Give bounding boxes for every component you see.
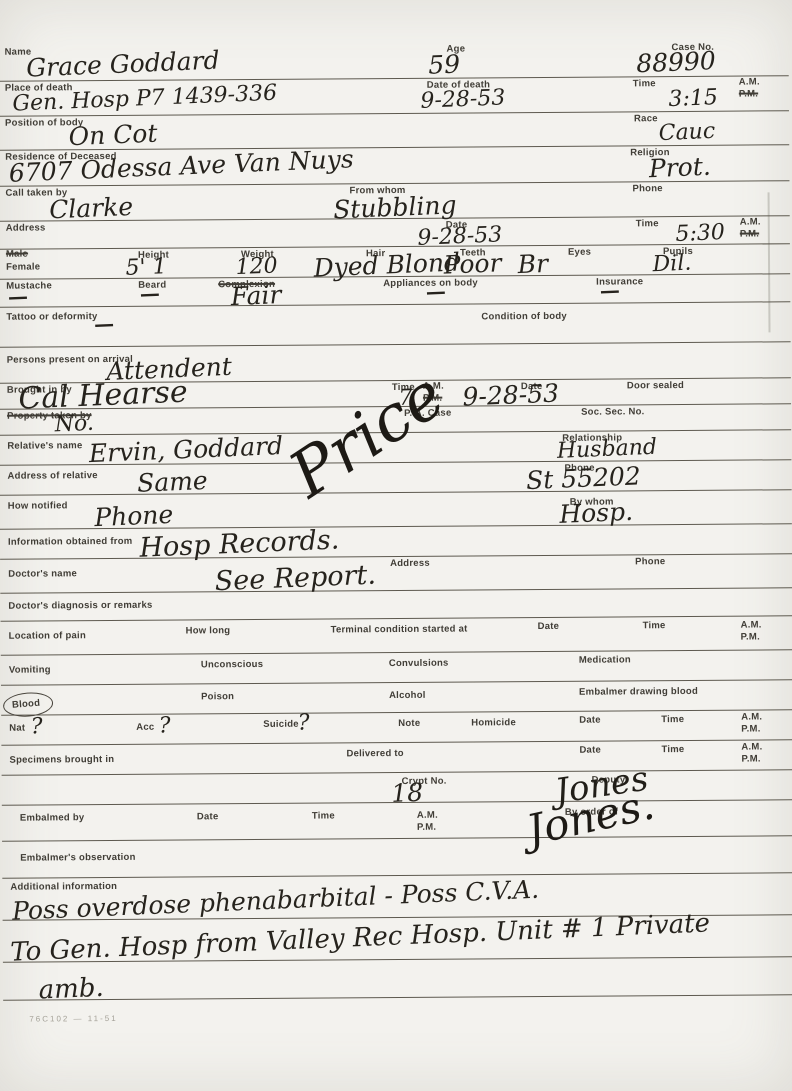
embalmer-blood-label: Embalmer drawing blood: [579, 686, 698, 698]
suicide-value: ?: [297, 712, 310, 734]
poison-label: Poison: [201, 691, 234, 702]
row-additional-line2: To Gen. Hosp from Valley Rec Hosp. Unit …: [3, 914, 792, 963]
tattoo-value: —: [94, 313, 115, 334]
embalm-date-label: Date: [197, 811, 219, 822]
how-notified-label: How notified: [8, 500, 68, 511]
row-additional-line3: amb.: [3, 956, 792, 1001]
time-of-death-ampm: A.M. P.M.: [739, 76, 760, 101]
religion-value: Prot.: [648, 154, 711, 182]
embalm-time-label: Time: [312, 810, 335, 821]
relatives-name-label: Relative's name: [7, 440, 82, 452]
specimen-ampm: A.M. P.M.: [741, 741, 762, 766]
call-time-label: Time: [636, 218, 659, 229]
terminal-condition-label: Terminal condition started at: [331, 624, 468, 636]
doctor-address-label: Address: [390, 558, 430, 569]
manner-date-label: Date: [579, 715, 601, 726]
appliances-value: —: [425, 281, 446, 302]
relative-phone-value: St 55202: [526, 463, 642, 493]
nat-label: Nat: [9, 723, 25, 734]
pupils-value: Dil.: [652, 253, 692, 277]
name-value: Grace Goddard: [26, 47, 220, 80]
am-label: A.M.: [740, 216, 761, 228]
how-notified-value: Phone: [94, 502, 174, 530]
vomiting-label: Vomiting: [9, 664, 51, 675]
age-value: 59: [428, 51, 461, 77]
specimens-label: Specimens brought in: [9, 754, 114, 766]
alcohol-label: Alcohol: [389, 690, 426, 701]
teeth-value: Poor: [443, 250, 502, 277]
date-of-death-value: 9-28-53: [420, 87, 506, 113]
address-of-relative-label: Address of relative: [7, 470, 97, 482]
call-time-ampm: A.M. P.M.: [740, 216, 761, 241]
unconscious-label: Unconscious: [201, 659, 263, 670]
am-label: A.M.: [741, 741, 762, 753]
note-label: Note: [398, 718, 420, 729]
relationship-value: Husband: [557, 437, 658, 463]
convulsions-label: Convulsions: [389, 658, 449, 669]
specimen-time-label: Time: [661, 744, 684, 755]
embalm-ampm: A.M. P.M.: [417, 810, 438, 835]
embalmers-observation-label: Embalmer's observation: [20, 852, 136, 864]
beard-value: —: [139, 283, 160, 304]
medication-label: Medication: [579, 654, 631, 665]
am-label: A.M.: [741, 711, 762, 723]
by-whom-value: Hosp.: [559, 499, 634, 527]
pm-label: P.M.: [417, 822, 438, 834]
manner-ampm: A.M. P.M.: [741, 711, 762, 736]
am-label: A.M.: [741, 619, 762, 631]
eyes-label: Eyes: [568, 247, 591, 258]
time-of-death-value: 3:15: [668, 87, 718, 111]
info-from-label: Information obtained from: [8, 536, 133, 548]
manner-time-label: Time: [661, 714, 684, 725]
weight-value: 120: [235, 255, 278, 279]
pm-label: P.M.: [741, 724, 762, 736]
case-no-value: 88990: [636, 48, 717, 76]
homicide-label: Homicide: [471, 717, 516, 728]
male-label: Male: [6, 249, 28, 260]
pm-label: P.M.: [740, 229, 761, 241]
nat-value: ?: [30, 716, 43, 738]
phone-top-label: Phone: [632, 183, 662, 194]
door-sealed-label: Door sealed: [627, 380, 684, 391]
form-number: 76C102 — 11-51: [29, 1014, 117, 1024]
specimen-date-label: Date: [579, 745, 601, 756]
relatives-name-value: Ervin, Goddard: [88, 433, 283, 466]
tattoo-label: Tattoo or deformity: [6, 311, 97, 323]
embalmed-by-label: Embalmed by: [20, 812, 85, 823]
time-of-death-label: Time: [633, 78, 656, 89]
eyes-value: Br: [517, 251, 548, 277]
mustache-value: —: [7, 286, 28, 307]
call-taken-by-value: Clarke: [49, 194, 134, 222]
race-value: Cauc: [658, 121, 715, 145]
position-of-body-value: On Cot: [68, 121, 158, 150]
address-label: Address: [6, 222, 46, 233]
doctor-phone-label: Phone: [635, 556, 665, 567]
female-label: Female: [6, 261, 40, 272]
doctors-name-label: Doctor's name: [8, 568, 77, 579]
acc-value: ?: [158, 715, 171, 737]
location-of-pain-label: Location of pain: [9, 630, 86, 642]
am-label: A.M.: [417, 810, 438, 822]
pain-time-label: Time: [643, 620, 666, 631]
race-label: Race: [634, 113, 658, 124]
soc-sec-label: Soc. Sec. No.: [581, 406, 645, 417]
diagnosis-label: Doctor's diagnosis or remarks: [8, 600, 152, 612]
address-of-relative-value: Same: [137, 468, 209, 496]
form-body: Name Grace Goddard Age 59 Case No. 88990…: [0, 0, 792, 1091]
property-taken-by-value: No.: [54, 413, 94, 437]
pm-label: P.M.: [741, 754, 762, 766]
insurance-value: —: [599, 280, 620, 301]
scanned-form-page: Name Grace Goddard Age 59 Case No. 88990…: [0, 0, 792, 1091]
delivered-to-label: Delivered to: [346, 748, 403, 759]
am-label: A.M.: [739, 76, 760, 88]
additional-info-line3: amb.: [38, 975, 104, 1004]
acc-label: Acc: [136, 722, 154, 733]
pain-date-label: Date: [538, 621, 560, 632]
additional-info-label: Additional information: [10, 881, 117, 893]
how-long-label: How long: [186, 625, 231, 636]
suicide-label: Suicide: [263, 719, 299, 730]
height-value: 5' 1: [125, 256, 167, 280]
pm-label: P.M.: [739, 89, 760, 101]
pain-ampm: A.M. P.M.: [741, 619, 762, 644]
call-time-value: 5:30: [675, 222, 725, 246]
row-tattoo: Tattoo or deformity — Condition of body: [0, 301, 791, 348]
pm-label: P.M.: [741, 632, 762, 644]
condition-of-body-label: Condition of body: [481, 311, 567, 323]
